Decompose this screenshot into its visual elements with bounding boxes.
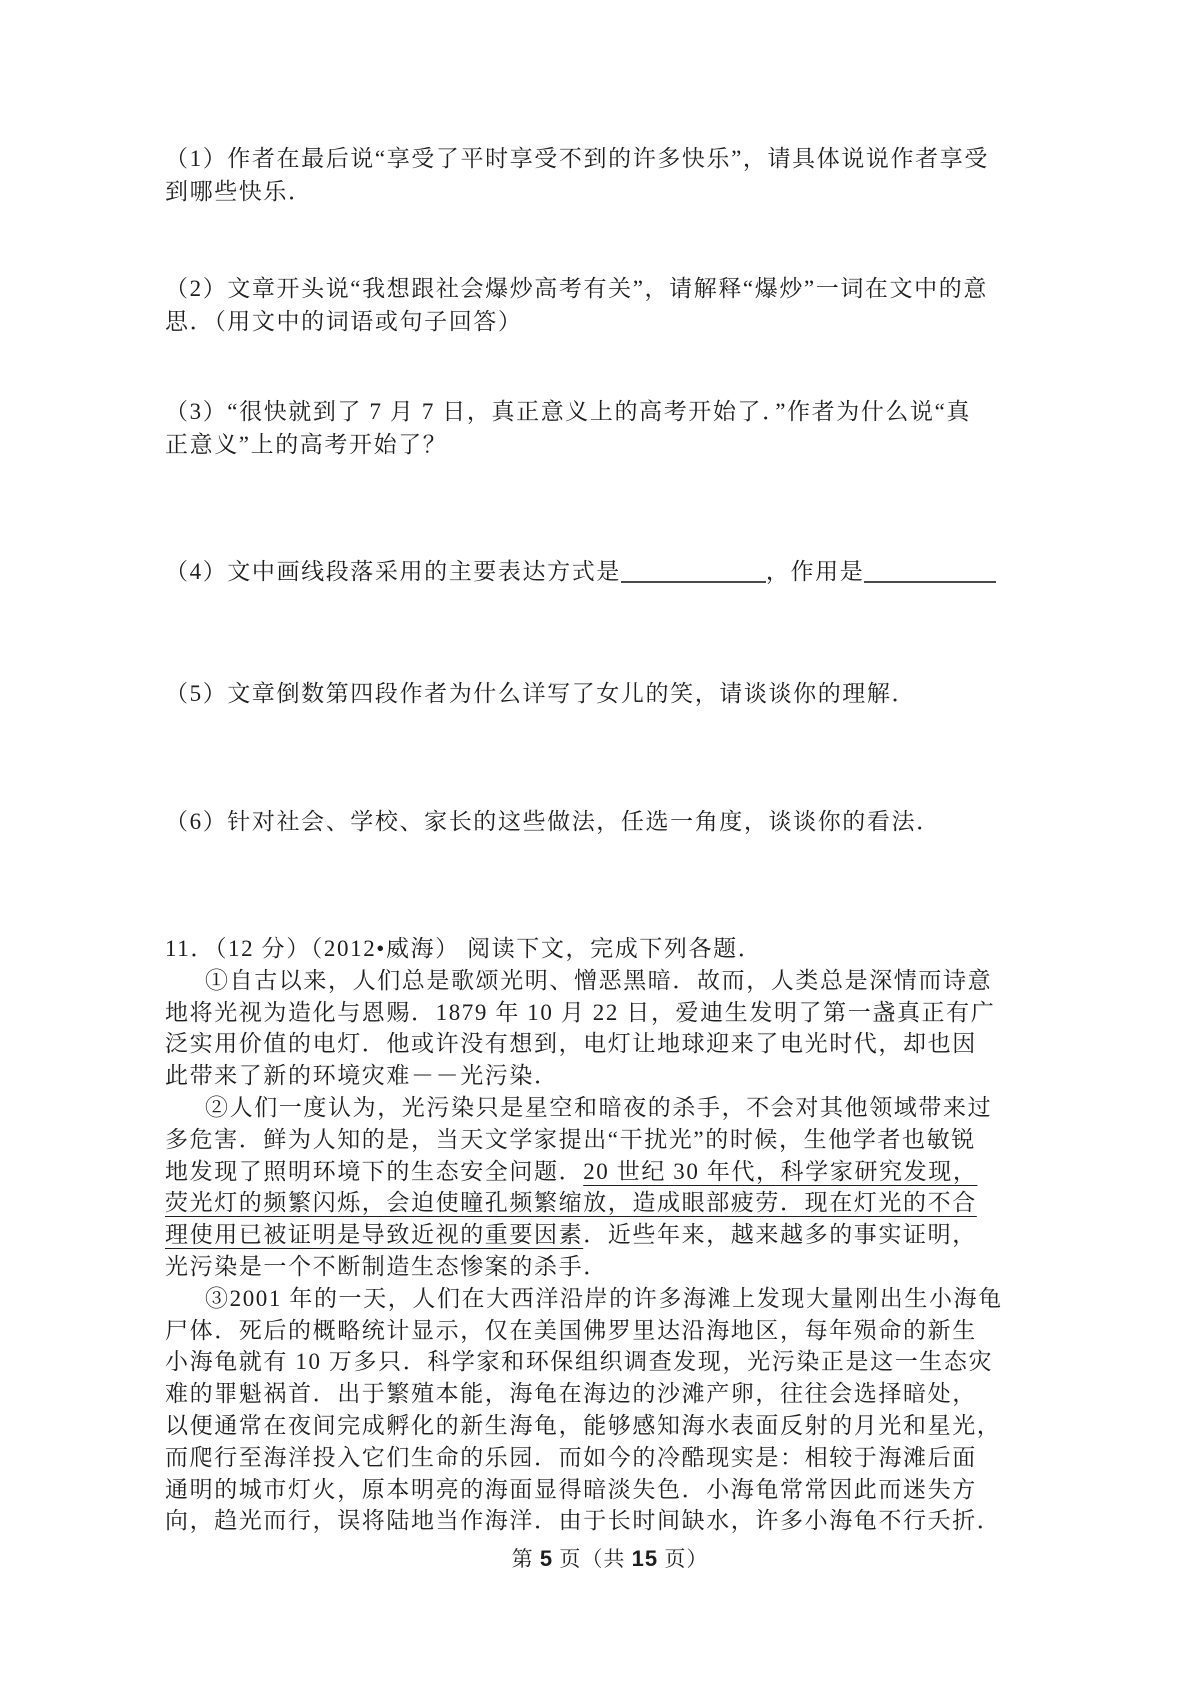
footer-text-middle: 页（共	[553, 1547, 632, 1571]
question-11-header: 11．（12 分）（2012•威海） 阅读下文，完成下列各题．	[165, 933, 1055, 965]
question-11-block: 11．（12 分）（2012•威海） 阅读下文，完成下列各题． ①自古以来，人们…	[165, 933, 1055, 1537]
reading-paragraph-2: ②人们一度认为，光污染只是星空和暗夜的杀手，不会对其他领域带来过 多危害．鲜为人…	[165, 1092, 1055, 1283]
question-4-text: （4）文中画线段落采用的主要表达方式是	[165, 559, 621, 584]
question-2: （2）文章开头说“我想跟社会爆炒高考有关”，请解释“爆炒”一词在文中的意 思．（…	[165, 272, 1055, 338]
question-5: （5）文章倒数第四段作者为什么详写了女儿的笑，请谈谈你的理解．	[165, 677, 1055, 710]
question-4-text-2: ，作用是	[766, 559, 864, 584]
question-6: （6）针对社会、学校、家长的这些做法，任选一角度，谈谈你的看法．	[165, 805, 1055, 838]
answer-blank-1	[621, 565, 766, 583]
page-footer: 第 5 页（共 15 页）	[165, 1542, 1055, 1576]
total-pages: 15	[632, 1546, 658, 1571]
exam-page: （1）作者在最后说“享受了平时享受不到的许多快乐”，请具体说说作者享受 到哪些快…	[0, 0, 1200, 1698]
reading-paragraph-3: ③2001 年的一天，人们在大西洋沿岸的许多海滩上发现大量刚出生小海龟 尸体．死…	[165, 1283, 1055, 1537]
reading-paragraph-1: ①自古以来，人们总是歌颂光明、憎恶黑暗．故而，人类总是深情而诗意 地将光视为造化…	[165, 965, 1055, 1092]
answer-blank-2	[864, 565, 996, 583]
question-4: （4）文中画线段落采用的主要表达方式是，作用是	[165, 555, 1055, 588]
page-number: 5	[540, 1546, 553, 1571]
page-content: （1）作者在最后说“享受了平时享受不到的许多快乐”，请具体说说作者享受 到哪些快…	[0, 0, 1200, 1576]
footer-text-suffix: 页）	[658, 1547, 708, 1571]
footer-text-prefix: 第	[512, 1547, 540, 1571]
question-1: （1）作者在最后说“享受了平时享受不到的许多快乐”，请具体说说作者享受 到哪些快…	[165, 142, 1055, 208]
question-3: （3）“很快就到了 7 月 7 日，真正意义上的高考开始了．”作者为什么说“真 …	[165, 395, 1055, 461]
